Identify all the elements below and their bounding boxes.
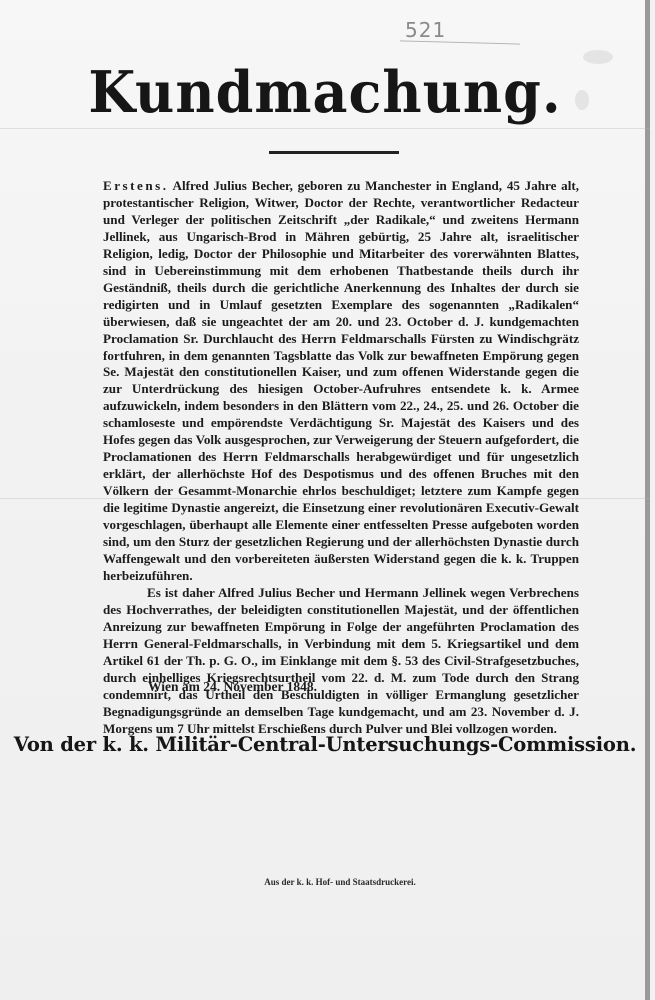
paragraph-lead: Erstens. [103,178,168,193]
archive-number-underline [400,40,520,44]
paragraph-text: Alfred Julius Becher, geboren zu Manches… [103,178,579,583]
title-divider [269,151,399,154]
paragraph-first: Erstens. Alfred Julius Becher, geboren z… [103,178,579,585]
archive-number: 521 [405,18,446,42]
paper-crease [0,128,650,129]
proclamation-page: 521 Kundmachung. Erstens. Alfred Julius … [0,0,650,1000]
printer-imprint: Aus der k. k. Hof- und Staatsdruckerei. [0,877,655,887]
issuing-authority: Von der k. k. Militär-Central-Untersuchu… [0,733,650,756]
page-title: Kundmachung. [0,58,650,125]
date-line: Wien am 24. November 1848. [148,679,317,695]
proclamation-body: Erstens. Alfred Julius Becher, geboren z… [103,178,579,737]
paper-edge [645,0,650,1000]
paragraph-verdict: Es ist daher Alfred Julius Becher und He… [103,585,579,738]
